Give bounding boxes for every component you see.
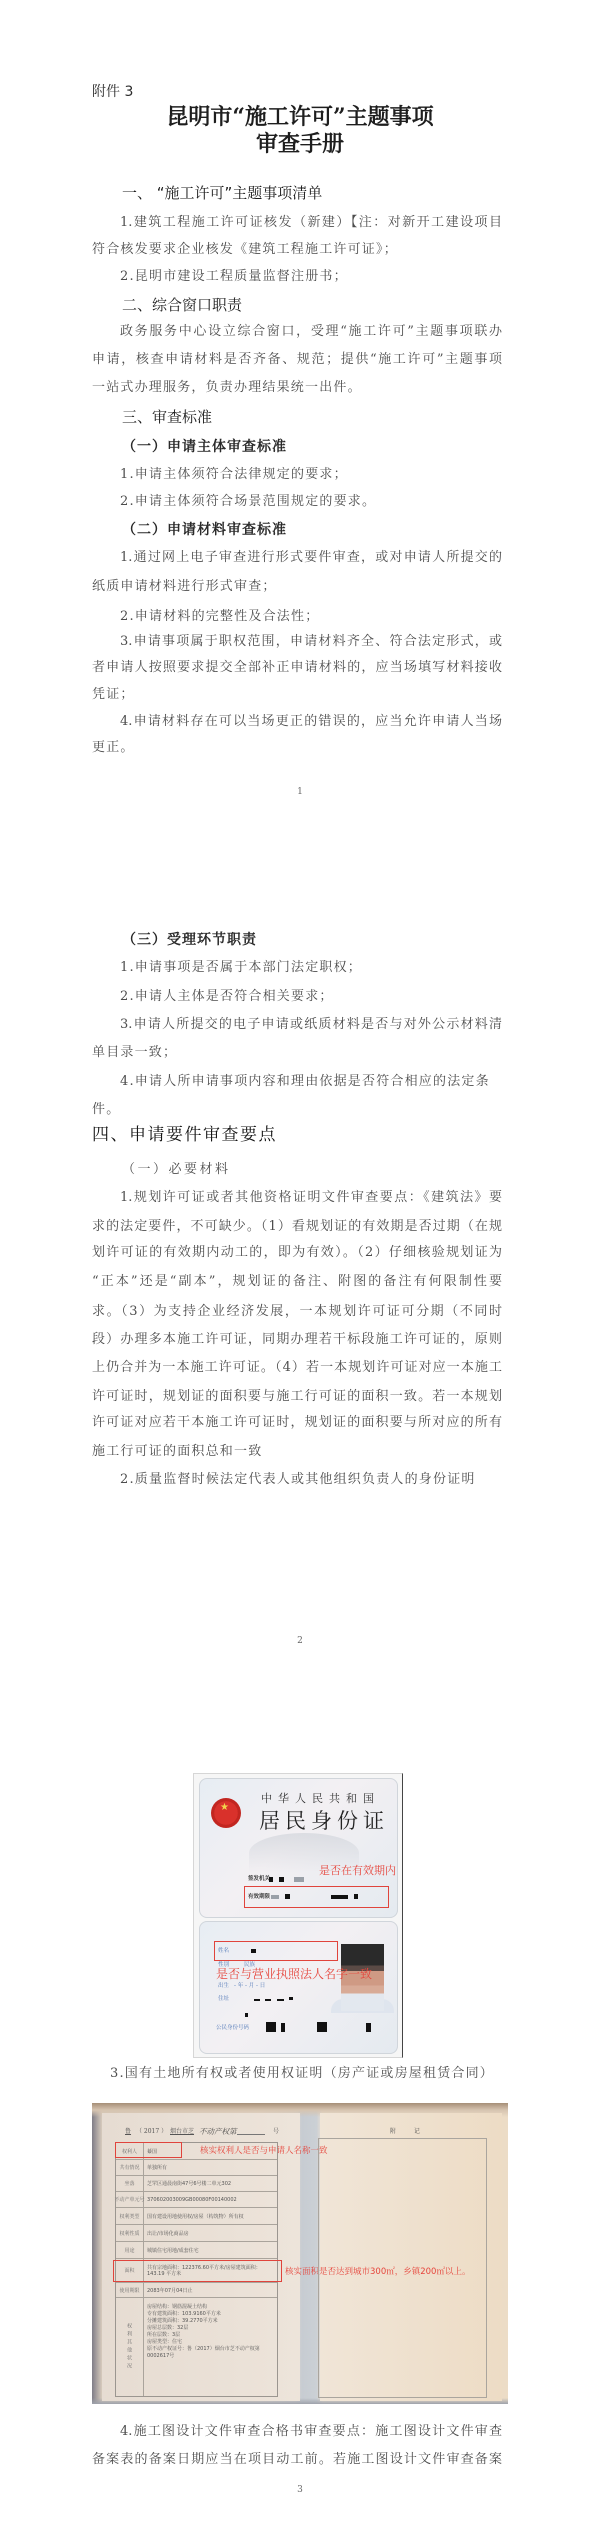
document-title-line-1: 昆明市“施工许可”主题事项	[0, 103, 600, 131]
attachment-label: 附件 3	[92, 82, 133, 102]
list-item-line: 4.申请人所申请事项内容和理由依据是否符合相应的法定条	[120, 1072, 490, 1092]
redaction-block	[251, 1949, 256, 1953]
issuing-authority-label: 签发机关	[248, 1876, 270, 1883]
redaction-block	[279, 1877, 284, 1882]
redaction-block	[266, 2022, 276, 2032]
redaction-block	[277, 1999, 284, 2001]
name-annotation: 是否与营业执照法人名字一致	[216, 1967, 372, 1982]
row-value: 370602003009GB00080F00140002	[147, 2192, 275, 2207]
subsection-heading: （二）申请材料审查标准	[122, 520, 287, 540]
paragraph-line: 许可证时，规划证的面积要与施工行可证的面积一致。若一本规划	[92, 1387, 502, 1407]
name-highlight-box	[214, 1941, 338, 1961]
subsection-heading: （一）申请主体审查标准	[122, 437, 287, 457]
remarks-box	[318, 2138, 487, 2398]
list-item-line: 符合核发要求企业核发《建筑工程施工许可证》；	[92, 240, 398, 260]
page-number: 2	[0, 1631, 600, 1651]
address-label: 住址	[218, 1996, 229, 2003]
redaction-block	[317, 2022, 327, 2032]
row-value: 国有建设用地使用权/房屋（构筑物）所有权	[147, 2208, 275, 2224]
redaction-block	[271, 1895, 279, 1899]
list-item-line: 凭证；	[92, 685, 135, 705]
list-item-line: 单目录一致；	[92, 1043, 177, 1063]
property-certificate-photo: 鲁 （ 2017 ） 烟台市芝 不动产权第 号 权利人 綦国 共有情况 单独所有…	[92, 2103, 508, 2404]
cert-number-underline	[237, 2134, 265, 2135]
table-row: 权利其他状况 房屋结构：钢筋混凝土结构 专有建筑面积：103.9160平方米 分…	[116, 2298, 277, 2396]
subsection-heading: （三）受理环节职责	[122, 930, 257, 950]
list-item-line: 1.申请主体须符合法律规定的要求；	[120, 465, 348, 485]
redaction-block	[285, 1894, 290, 1899]
redaction-block	[245, 2013, 248, 2017]
paragraph-line: 施工行可证的面积总和一致	[92, 1442, 262, 1462]
redaction-block	[354, 1894, 358, 1899]
paragraph-line: 求的法定要件，不可缺少。（1）看规划证的有效期是否过期（在规	[92, 1217, 502, 1237]
owner-highlight-box	[115, 2142, 182, 2158]
list-item-line: 2.申请材料的完整性及合法性；	[120, 607, 319, 627]
row-label: 用途	[116, 2242, 144, 2258]
value-line: 房屋结构：钢筋混凝土结构	[147, 2304, 275, 2311]
list-item-line: 者申请人按照要求提交全部补正申请材料的，应当场填写材料接收	[92, 658, 502, 678]
value-line: 房屋总层数：32层	[147, 2325, 275, 2332]
star-icon: ★	[220, 1802, 229, 1814]
value-line: 所在层数：3层	[147, 2332, 275, 2339]
table-row: 用途 城镇住宅用地/成套住宅	[116, 2242, 277, 2259]
figure-caption: 3.国有土地所有权或者使用权证明（房产证或房屋租赁合同）	[110, 2064, 494, 2084]
row-label: 权利其他状况	[116, 2298, 144, 2396]
cert-city: 烟台市芝	[170, 2128, 194, 2136]
list-item-line: 1.申请事项是否属于本部门法定职权；	[120, 958, 362, 978]
table-row: 使用期限 2083年07月04日止	[116, 2283, 277, 2298]
paragraph-line: 段）办理多本施工许可证，同期办理若干标段施工许可证的，原则	[92, 1330, 502, 1350]
id-card-front: ★ 中华人民共和国 居民身份证 是否在有效期内 签发机关 有效期限	[199, 1778, 398, 1918]
row-label: 使用期限	[116, 2283, 144, 2297]
redaction-block	[331, 1895, 348, 1899]
row-label: 共有情况	[116, 2160, 144, 2175]
paragraph-line: 申请，核查申请材料是否齐备、规范；提供“施工许可”主题事项	[92, 350, 502, 370]
row-label: 权利性质	[116, 2225, 144, 2241]
list-item-line: 4.申请材料存在可以当场更正的错误的，应当允许申请人当场	[120, 712, 502, 732]
document-page: 附件 3 昆明市“施工许可”主题事项 审查手册 一、 “施工许可”主题事项清单 …	[0, 0, 600, 2546]
page-number: 1	[0, 782, 600, 802]
paragraph-line: 划许可证的有效期内动工的，即为有效）。（2）仔细核验规划证为	[92, 1243, 502, 1263]
list-item-line: 纸质申请材料进行形式审查；	[92, 577, 277, 597]
redaction-block	[265, 1999, 271, 2001]
list-item-line: 备案表的备案日期应当在项目动工前。若施工图设计文件审查备案	[92, 2450, 502, 2470]
value-line: 房屋类型：住宅	[147, 2339, 275, 2346]
list-item-line: 更正。	[92, 738, 135, 758]
paragraph-line: 求。（3）为支持企业经济发展，一本规划许可证可分期（不同时	[92, 1302, 502, 1322]
right-page-title: 附 记	[390, 2128, 428, 2136]
row-value: 单独所有	[147, 2160, 275, 2175]
row-value: 出让/市场化商品房	[147, 2225, 275, 2241]
cert-year: （ 2017 ）	[136, 2128, 167, 2136]
id-card-image: ★ 中华人民共和国 居民身份证 是否在有效期内 签发机关 有效期限 姓名 性别 …	[193, 1773, 403, 2058]
table-row: 权利类型 国有建设用地使用权/房屋（构筑物）所有权	[116, 2208, 277, 2225]
redaction-block	[254, 1999, 260, 2001]
list-item-line: 1.通过网上电子审查进行形式要件审查，或对申请人所提交的	[120, 548, 502, 568]
table-row: 不动产单元号 370602003009GB00080F00140002	[116, 2192, 277, 2208]
id-card-back: 姓名 性别 民族 是否与营业执照法人名字一致 出生 - 年 - 月 - 日 住址…	[199, 1921, 398, 2054]
id-card-title: 居民身份证	[259, 1807, 389, 1835]
list-item-line: 4.施工图设计文件审查合格书审查要点：施工图设计文件审查	[120, 2422, 502, 2442]
section-heading-4: 四、申请要件审查要点	[92, 1124, 277, 1146]
section-heading-2: 二、综合窗口职责	[122, 294, 242, 316]
cert-suffix: 号	[273, 2128, 279, 2136]
list-item-line: 3.申请事项属于职权范围，申请材料齐全、符合法定形式，或	[120, 632, 502, 652]
list-item-line: 2.质量监督时候法定代表人或其他组织负责人的身份证明	[120, 1470, 476, 1490]
document-title-line-2: 审查手册	[0, 130, 600, 158]
redaction-block	[281, 2023, 285, 2032]
paragraph-line: “正本”还是“副本”，规划证的备注、附图的备注有何限制性要	[92, 1272, 502, 1292]
list-item-line: 1.建筑工程施工许可证核发（新建）【注：对新开工建设项目	[120, 213, 502, 233]
paragraph-line: 上仍合并为一本施工许可证。（4）若一本规划许可证对应一本施工	[92, 1358, 502, 1378]
subsection-heading: （一）必要材料	[122, 1160, 231, 1180]
row-label: 坐落	[116, 2176, 144, 2191]
list-item-line: 2.申请主体须符合场景范围规定的要求。	[120, 492, 376, 512]
paragraph-line: 一站式办理服务，负责办理结果统一出件。	[92, 378, 362, 398]
owner-annotation: 核实权利人是否与申请人名称一致	[200, 2146, 328, 2157]
birth-units: - 年 - 月 - 日	[234, 1983, 265, 1990]
table-row: 坐落 芝罘区通晨南街47号6号楼二单元302	[116, 2176, 277, 2192]
row-value: 芝罘区通晨南街47号6号楼二单元302	[147, 2176, 275, 2191]
redaction-block	[289, 1997, 293, 2000]
paragraph-line: 1.规划许可证或者其他资格证明文件审查要点：《建筑法》要	[120, 1188, 502, 1208]
list-item-line: 2.昆明市建设工程质量监督注册书；	[120, 267, 348, 287]
birth-label: 出生	[218, 1983, 229, 1990]
redaction-block	[294, 1877, 304, 1882]
validity-annotation: 是否在有效期内	[319, 1864, 396, 1878]
row-value: 2083年07月04日止	[147, 2283, 275, 2297]
national-emblem-icon: ★	[211, 1798, 241, 1828]
redaction-block	[269, 1877, 273, 1882]
paragraph-line: 政务服务中心设立综合窗口，受理“施工许可”主题事项联办	[120, 322, 502, 342]
value-line: 原不动产权证号：鲁（2017）烟台市芝不动产权第	[147, 2346, 275, 2353]
row-label: 不动产单元号	[116, 2192, 144, 2207]
table-row: 共有情况 单独所有	[116, 2160, 277, 2176]
cert-province: 鲁	[125, 2128, 131, 2136]
page-number: 3	[0, 2480, 600, 2500]
cert-number-label: 不动产权第	[199, 2128, 237, 2136]
list-item-line: 件。	[92, 1100, 120, 1120]
value-line: 0002617号	[147, 2353, 275, 2360]
area-highlight-box	[113, 2260, 282, 2282]
row-value: 城镇住宅用地/成套住宅	[147, 2242, 275, 2258]
list-item-line: 2.申请人主体是否符合相关要求；	[120, 987, 334, 1007]
row-value-multiline: 房屋结构：钢筋混凝土结构 专有建筑面积：103.9160平方米 分摊建筑面积：3…	[147, 2298, 275, 2396]
value-line: 专有建筑面积：103.9160平方米	[147, 2311, 275, 2318]
id-number-label: 公民身份号码	[216, 2025, 249, 2032]
section-heading-1: 一、 “施工许可”主题事项清单	[122, 182, 322, 204]
value-line: 分摊建筑面积：39.2770平方米	[147, 2318, 275, 2325]
row-label: 权利类型	[116, 2208, 144, 2224]
table-row: 权利性质 出让/市场化商品房	[116, 2225, 277, 2242]
redaction-block	[366, 2023, 371, 2032]
validity-label: 有效期限	[248, 1894, 270, 1901]
id-card-country: 中华人民共和国	[261, 1792, 380, 1806]
name-label: 姓名	[218, 1948, 229, 1955]
section-heading-3: 三、审查标准	[122, 406, 212, 428]
list-item-line: 3.申请人所提交的电子申请或纸质材料是否与对外公示材料清	[120, 1015, 502, 1035]
paragraph-line: 许可证对应若干本施工许可证时，规划证的面积要与所对应的所有	[92, 1413, 502, 1433]
